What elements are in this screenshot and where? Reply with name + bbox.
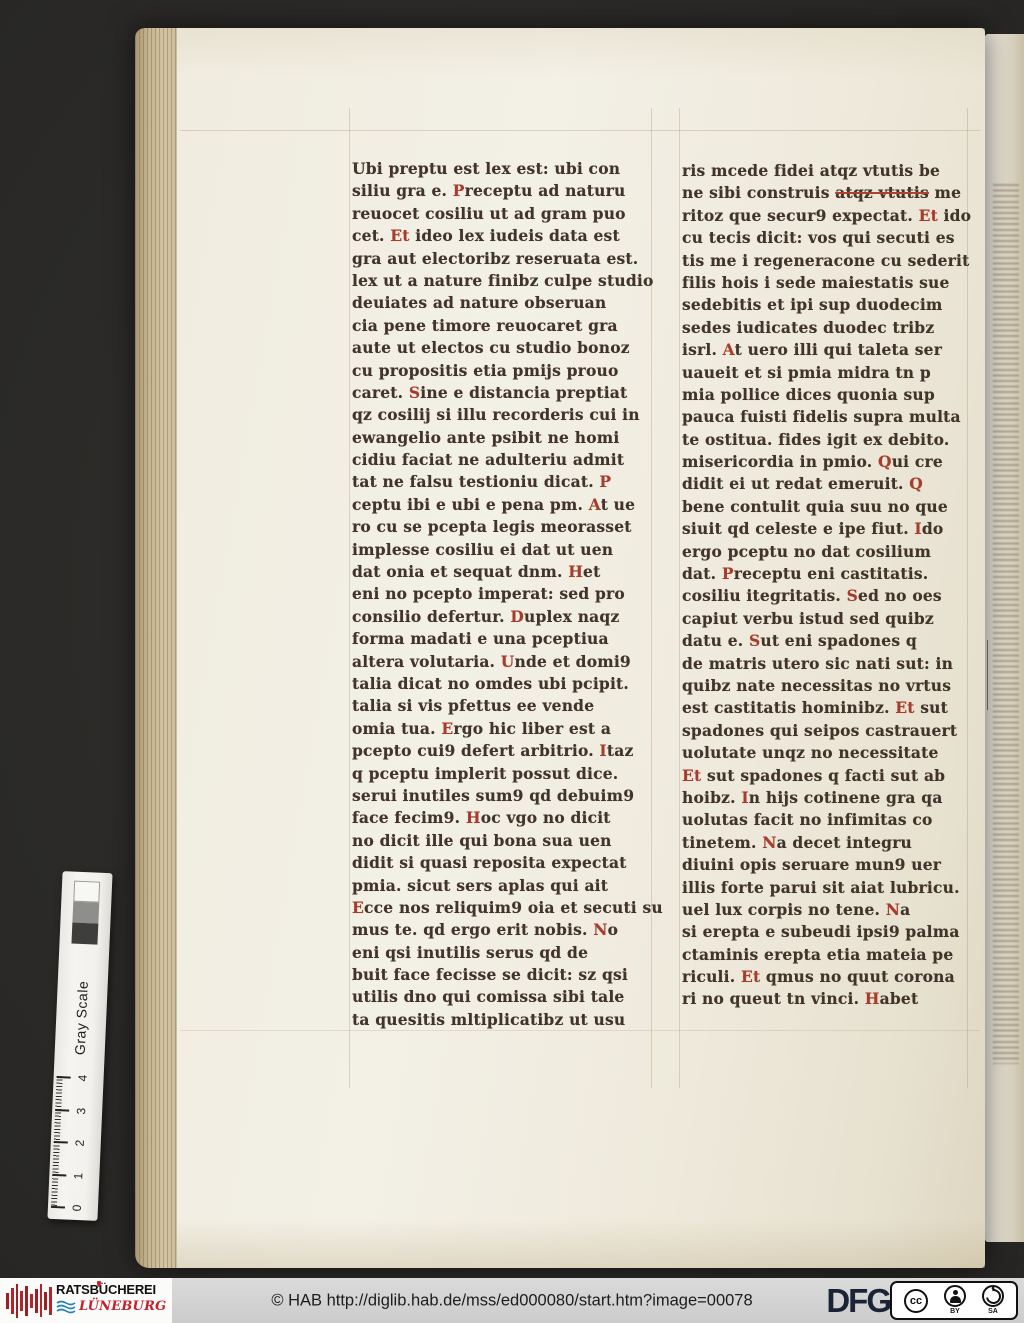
manuscript-line: ergo pceptu no dat cosilium [682, 541, 970, 563]
manuscript-line: lex ut a nature finibz culpe studio [352, 270, 654, 292]
manuscript-line: si erepta e subeudi ipsi9 palma [682, 921, 970, 943]
ruler-number: 4 [75, 1071, 90, 1086]
manuscript-line: deuiates ad nature obseruan [352, 292, 654, 314]
manuscript-line: cidiu faciat ne adulteriu admit [352, 449, 654, 471]
manuscript-line: siuit qd celeste e ipe fiut. Ido [682, 518, 970, 540]
manuscript-line: Ecce nos reliquim9 oia et secuti su [352, 897, 654, 919]
manuscript-line: capiut verbu istud sed quibz [682, 608, 970, 630]
manuscript-line: altera volutaria. Unde et domi9 [352, 651, 654, 673]
copyright-url: © HAB http://diglib.hab.de/mss/ed000080/… [271, 1291, 752, 1310]
manuscript-line: serui inutiles sum9 qd debuim9 [352, 785, 654, 807]
manuscript-line: ri no queut tn vinci. Habet [682, 988, 970, 1010]
gray-scale-patch [71, 923, 98, 945]
manuscript-line: pauca fuisti fidelis supra multa [682, 406, 970, 428]
gray-scale-label: Gray Scale [54, 963, 109, 1073]
manuscript-line: gra aut electoribz reseruata est. [352, 248, 654, 270]
manuscript-line: ewangelio ante psibit ne homi [352, 427, 654, 449]
ruling-line-col2-left [679, 108, 680, 1088]
manuscript-line: tis me i regeneracone cu sederit [682, 250, 970, 272]
manuscript-line: forma madati e una pceptiua [352, 628, 654, 650]
manuscript-line: no dicit ille qui bona sua uen [352, 830, 654, 852]
manuscript-line: ritoz que secur9 expectat. Et ido [682, 205, 970, 227]
manuscript-line: cu propositis etia pmijs prouo [352, 360, 654, 382]
manuscript-line: tat ne falsu testioniu dicat. P [352, 471, 654, 493]
blue-book-icon [56, 1300, 76, 1314]
manuscript-line: eni qsi inutilis serus qd de [352, 942, 654, 964]
manuscript-line: siliu gra e. Preceptu ad naturu [352, 180, 654, 202]
manuscript-line: tinetem. Na decet integru [682, 832, 970, 854]
caption-bar: RATSBÜCHEREI LÜNEBURG © HAB http://digli… [0, 1278, 1024, 1323]
ruler-number: 1 [71, 1168, 86, 1183]
manuscript-line: spadones qui seipos castrauert [682, 720, 970, 742]
sa-arrow-icon [982, 1285, 1004, 1307]
manuscript-line: talia dicat no omdes ubi pcipit. [352, 673, 654, 695]
manuscript-line: utilis dno qui comissa sibi tale [352, 986, 654, 1008]
manuscript-line: riculi. Et qmus no quut corona [682, 966, 970, 988]
cc-license-badge: cc BY SA [890, 1281, 1018, 1320]
manuscript-line: uel lux corpis no tene. Na [682, 899, 970, 921]
page-crease-mark [987, 640, 988, 710]
library-logo-text: RATSBÜCHEREI LÜNEBURG [56, 1282, 170, 1315]
manuscript-column-1: Ubi preptu est lex est: ubi consiliu gra… [352, 158, 654, 1036]
manuscript-line: cet. Et ideo lex iudeis data est [352, 225, 654, 247]
manuscript-line: consilio defertur. Duplex naqz [352, 606, 654, 628]
cc-icon: cc [904, 1289, 928, 1313]
manuscript-line: didit si quasi reposita expectat [352, 852, 654, 874]
manuscript-line: Ubi preptu est lex est: ubi con [352, 158, 654, 180]
manuscript-line: filis hois i sede maiestatis sue [682, 272, 970, 294]
manuscript-line: diuini opis seruare mun9 uer [682, 854, 970, 876]
next-page-edge [985, 34, 1024, 1242]
manuscript-line: omia tua. Ergo hic liber est a [352, 718, 654, 740]
manuscript-line: buit face fecisse se dicit: sz qsi [352, 964, 654, 986]
manuscript-line: quibz nate necessitas no vrtus [682, 675, 970, 697]
manuscript-line: qz cosilij si illu recorderis cui in [352, 404, 654, 426]
manuscript-line: dat onia et sequat dnm. Het [352, 561, 654, 583]
next-page-text-blur [993, 184, 1019, 1064]
manuscript-line: uolutate unqz no necessitate [682, 742, 970, 764]
manuscript-line: eni no pcepto imperat: sed pro [352, 583, 654, 605]
ruling-line-top [180, 130, 980, 131]
manuscript-line: ctaminis erepta etia mateia pe [682, 944, 970, 966]
manuscript-line: Et sut spadones q facti sut ab [682, 765, 970, 787]
manuscript-line: ris mcede fidei atqz vtutis be [682, 160, 970, 182]
manuscript-line: aute ut electos cu studio bonoz [352, 337, 654, 359]
manuscript-line: ceptu ibi e ubi e pena pm. At ue [352, 494, 654, 516]
manuscript-line: cia pene timore reuocaret gra [352, 315, 654, 337]
ruler-scale: 43210 [48, 1071, 104, 1218]
ruler-number: 3 [74, 1103, 89, 1118]
manuscript-line: datu e. Sut eni spadones q [682, 630, 970, 652]
digitized-scan: Ubi preptu est lex est: ubi consiliu gra… [0, 0, 1024, 1323]
ruler-tick [51, 1206, 65, 1209]
manuscript-line: misericordia in pmio. Qui cre [682, 451, 970, 473]
manuscript-line: face fecim9. Hoc vgo no dicit [352, 807, 654, 829]
by-person-icon [944, 1285, 966, 1307]
manuscript-line: pcepto cui9 defert arbitrio. Itaz [352, 740, 654, 762]
manuscript-line: ne sibi construis atqz vtutis me [682, 182, 970, 204]
manuscript-line: caret. Sine e distancia preptiat [352, 382, 654, 404]
manuscript-page: Ubi preptu est lex est: ubi consiliu gra… [135, 28, 985, 1268]
gray-scale-ruler: Gray Scale 43210 [47, 871, 112, 1221]
manuscript-line: illis forte parui sit aiat lubricu. [682, 877, 970, 899]
manuscript-line: cosiliu itegritatis. Sed no oes [682, 585, 970, 607]
manuscript-line: ta quesitis mltiplicatibz ut usu [352, 1009, 654, 1031]
library-bars-icon [6, 1283, 52, 1318]
manuscript-line: reuocet cosiliu ut ad gram puo [352, 203, 654, 225]
cc-by-label: BY [950, 1308, 960, 1316]
manuscript-line: bene contulit quia suu no que [682, 496, 970, 518]
ruler-number: 0 [70, 1201, 85, 1216]
manuscript-line: sedebitis et ipi sup duodecim [682, 294, 970, 316]
manuscript-line: mia pollice dices quonia sup [682, 384, 970, 406]
dfg-logo: DFG [826, 1280, 890, 1321]
manuscript-line: de matris utero sic nati sut: in [682, 653, 970, 675]
manuscript-line: talia si vis pfettus ee vende [352, 695, 654, 717]
manuscript-line: mus te. qd ergo erit nobis. No [352, 919, 654, 941]
manuscript-line: hoibz. In hijs cotinene gra qa [682, 787, 970, 809]
manuscript-line: uolutas facit no infimitas co [682, 809, 970, 831]
library-city: LÜNEBURG [79, 1299, 166, 1315]
manuscript-line: pmia. sicut sers aplas qui ait [352, 875, 654, 897]
manuscript-line: te ostitua. fides igit ex debito. [682, 429, 970, 451]
manuscript-line: isrl. At uero illi qui taleta ser [682, 339, 970, 361]
manuscript-line: sedes iudicates duodec tribz [682, 317, 970, 339]
manuscript-line: uaueit et si pmia midra tn p [682, 362, 970, 384]
manuscript-line: q pceptu implerit possut dice. [352, 763, 654, 785]
library-name: RATSBÜCHEREI [56, 1282, 170, 1297]
manuscript-line: est castitatis hominibz. Et sut [682, 697, 970, 719]
manuscript-line: ro cu se pcepta legis meorasset [352, 516, 654, 538]
book-fore-edge [135, 28, 177, 1268]
cc-sa-label: SA [988, 1308, 998, 1316]
manuscript-line: dat. Preceptu eni castitatis. [682, 563, 970, 585]
manuscript-line: didit ei ut redat emeruit. Q [682, 473, 970, 495]
ruler-number: 2 [72, 1136, 87, 1151]
manuscript-line: cu tecis dicit: vos qui secuti es [682, 227, 970, 249]
manuscript-line: implesse cosiliu ei dat ut uen [352, 539, 654, 561]
ruling-line-col1-left [349, 108, 350, 1088]
library-logo: RATSBÜCHEREI LÜNEBURG [0, 1278, 172, 1323]
gray-scale-patch [73, 881, 100, 903]
manuscript-column-2: ris mcede fidei atqz vtutis bene sibi co… [682, 160, 970, 1038]
gray-scale-patches [59, 880, 112, 945]
gray-scale-patch [72, 902, 99, 924]
